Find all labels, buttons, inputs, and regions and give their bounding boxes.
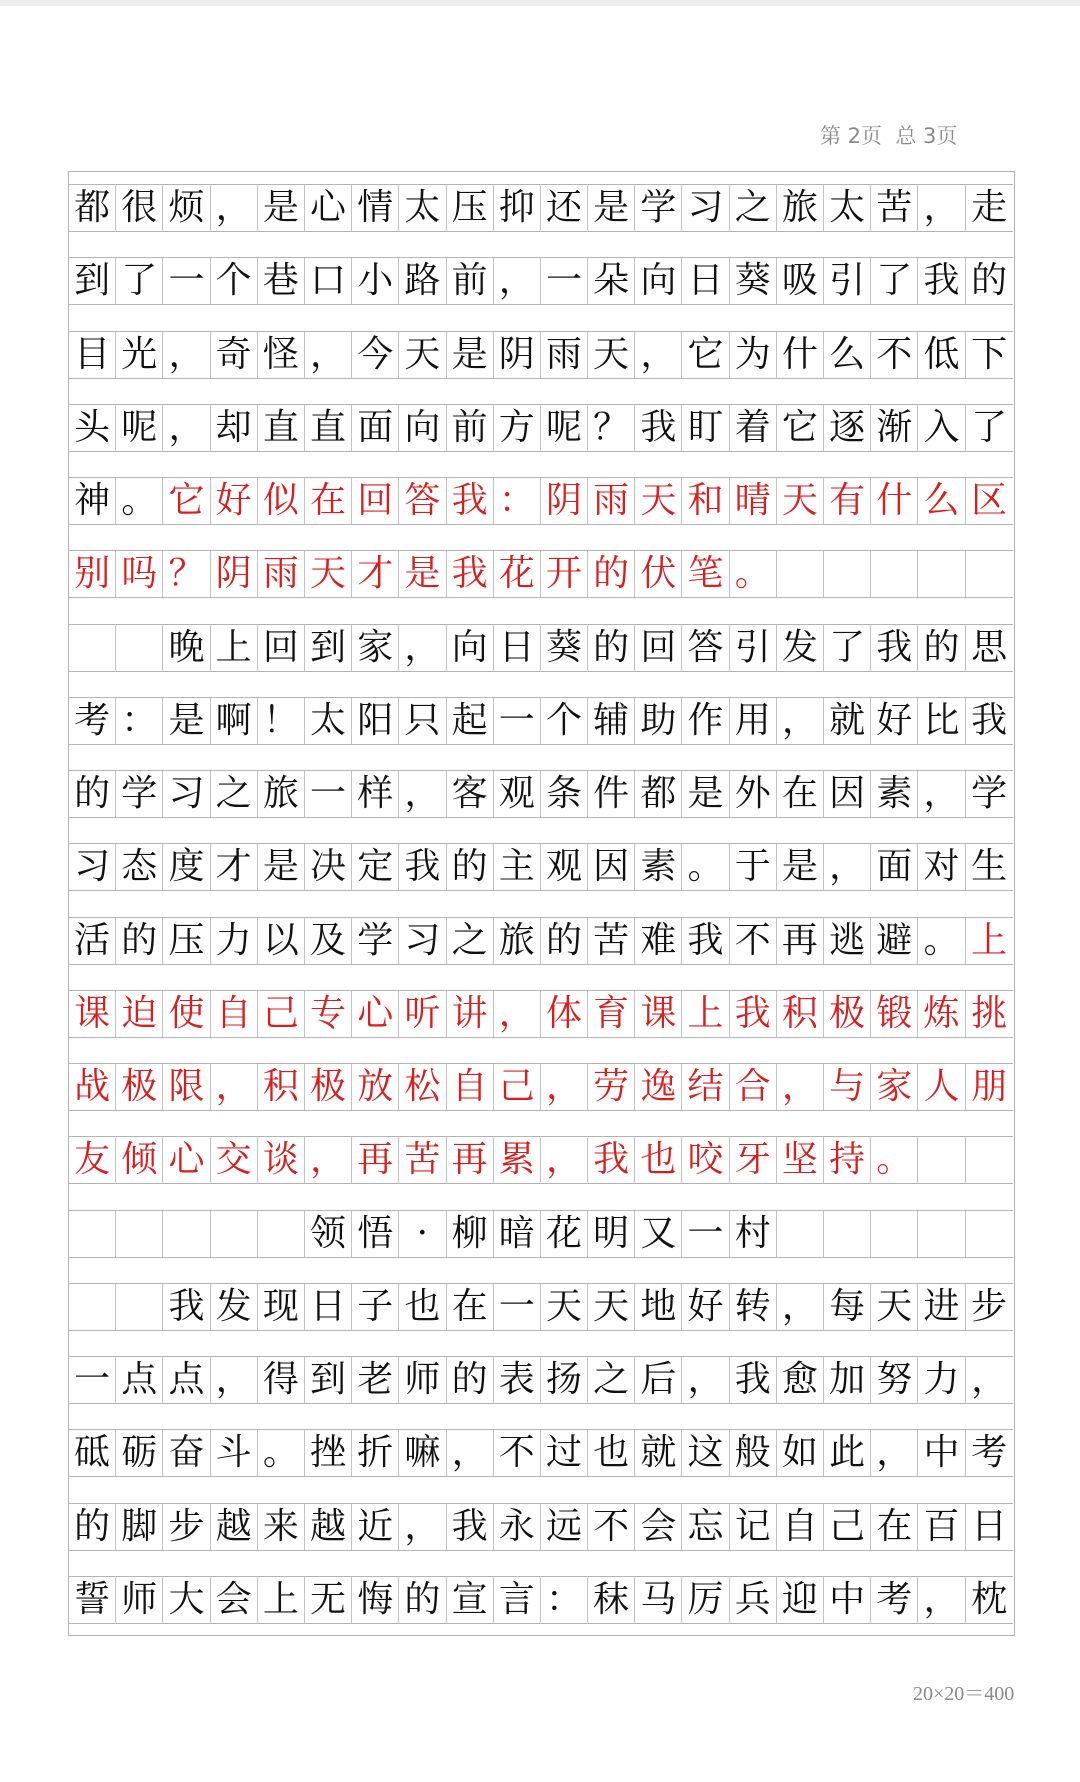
grid-cell: 都: [635, 771, 682, 817]
grid-cell: 压: [163, 918, 210, 964]
grid-cell: 上: [966, 918, 1013, 964]
grid-cell: 啊: [211, 698, 258, 744]
grid-cell: 锻: [871, 991, 918, 1037]
grid-cell: ，: [824, 844, 871, 890]
grid-cell: 战: [69, 1064, 116, 1110]
grid-cell: 放: [352, 1064, 399, 1110]
grid-cell: ，: [871, 1430, 918, 1476]
grid-cell: 老: [352, 1357, 399, 1403]
grid-cell: 是: [399, 551, 446, 597]
grid-cell: 旅: [777, 185, 824, 231]
grid-cell: 倾: [116, 1137, 163, 1183]
grid-cell: 观: [541, 844, 588, 890]
grid-cell: 暗: [494, 1211, 541, 1257]
grid-cell: [966, 1137, 1013, 1183]
grid-cell: 是: [258, 185, 305, 231]
grid-cell: 迫: [116, 991, 163, 1037]
grid-cell: 条: [541, 771, 588, 817]
grid-cell: ，: [211, 1357, 258, 1403]
grid-cell: 旅: [494, 918, 541, 964]
grid-cell: 辅: [588, 698, 635, 744]
grid-cell: 点: [116, 1357, 163, 1403]
grid-cell: 生: [966, 844, 1013, 890]
grid-row: 别吗？阴雨天才是我花开的伏笔。: [69, 550, 1013, 598]
grid-cell: 前: [447, 405, 494, 451]
grid-cell: 之: [447, 918, 494, 964]
grid-cell: 的: [116, 918, 163, 964]
grid-cell: 一: [494, 1284, 541, 1330]
grid-cell: 无: [305, 1577, 352, 1623]
grid-cell: ：: [541, 1577, 588, 1623]
grid-cell: 助: [635, 698, 682, 744]
grid-cell: ，: [211, 185, 258, 231]
grid-cell: 都: [69, 185, 116, 231]
grid-cell: 天: [541, 1284, 588, 1330]
grid-cell: 思: [966, 625, 1013, 671]
grid-cell: 我: [730, 1357, 777, 1403]
grid-cell: 我: [730, 991, 777, 1037]
grid-cell: ，: [399, 771, 446, 817]
grid-cell: 的: [588, 551, 635, 597]
grid-cell: 什: [777, 332, 824, 378]
grid-cell: 和: [682, 478, 729, 524]
grid-cell: 一: [541, 258, 588, 304]
grid-cell: 领: [305, 1211, 352, 1257]
grid-cell: 阴: [541, 478, 588, 524]
grid-cell: ，: [211, 1064, 258, 1110]
grid-cell: 答: [682, 625, 729, 671]
grid-cell: 小: [352, 258, 399, 304]
grid-cell: 我: [682, 918, 729, 964]
grid-cell: 盯: [682, 405, 729, 451]
grid-cell: 己: [494, 1064, 541, 1110]
grid-cell: 比: [918, 698, 965, 744]
grid-cell: 是: [682, 771, 729, 817]
grid-cell: 。: [871, 1137, 918, 1183]
grid-cell: 雨: [588, 478, 635, 524]
grid-cell: 阴: [494, 332, 541, 378]
grid-cell: 坚: [777, 1137, 824, 1183]
grid-cell: 么: [824, 332, 871, 378]
grid-cell: 心: [163, 1137, 210, 1183]
top-status-strip: [0, 0, 1080, 6]
grid-cell: ，: [494, 258, 541, 304]
grid-cell: 阳: [352, 698, 399, 744]
grid-cell: 我: [635, 405, 682, 451]
grid-cell: 我: [447, 1504, 494, 1550]
grid-cell: 。: [682, 844, 729, 890]
grid-cell: 定: [352, 844, 399, 890]
grid-cell: 引: [824, 258, 871, 304]
grid-cell: 样: [352, 771, 399, 817]
grid-cell: 难: [635, 918, 682, 964]
grid-cell: 活: [69, 918, 116, 964]
grid-cell: 到: [69, 258, 116, 304]
grid-cell: 一: [494, 698, 541, 744]
grid-cell: 迎: [777, 1577, 824, 1623]
grid-cell: 太: [824, 185, 871, 231]
grid-cell: 及: [305, 918, 352, 964]
grid-cell: 面: [871, 844, 918, 890]
grid-cell: 逃: [824, 918, 871, 964]
grid-cell: 极: [116, 1064, 163, 1110]
grid-cell: 枕: [966, 1577, 1013, 1623]
grid-cell: 习: [399, 918, 446, 964]
grid-row: 我发现日子也在一天天地好转，每天进步: [69, 1283, 1013, 1331]
grid-cell: 家: [352, 625, 399, 671]
grid-cell: ，: [682, 1357, 729, 1403]
grid-cell: 我: [399, 844, 446, 890]
grid-cell: 牙: [730, 1137, 777, 1183]
composition-grid-paper: 都很烦，是心情太压抑还是学习之旅太苦，走到了一个巷口小路前，一朵向日葵吸引了我的…: [68, 171, 1015, 1636]
grid-cell: 奋: [163, 1430, 210, 1476]
grid-cell: [777, 551, 824, 597]
grid-cell: 自: [777, 1504, 824, 1550]
grid-cell: 我: [447, 551, 494, 597]
grid-cell: 向: [447, 625, 494, 671]
grid-cell: 口: [305, 258, 352, 304]
grid-cell: 我: [163, 1284, 210, 1330]
grid-cell: 不: [494, 1430, 541, 1476]
grid-cell: 不: [871, 332, 918, 378]
grid-cell: 对: [918, 844, 965, 890]
grid-cell: [116, 1284, 163, 1330]
grid-cell: 积: [258, 1064, 305, 1110]
grid-cell: 面: [352, 405, 399, 451]
grid-cell: 脚: [116, 1504, 163, 1550]
grid-cell: 的: [918, 625, 965, 671]
grid-cell: 是: [447, 332, 494, 378]
grid-count-label: 20×20＝400: [913, 1677, 1014, 1706]
grid-cell: 百: [918, 1504, 965, 1550]
grid-cell: [69, 625, 116, 671]
grid-cell: 在: [777, 771, 824, 817]
grid-cell: 苦: [871, 185, 918, 231]
grid-cell: 般: [730, 1430, 777, 1476]
grid-cell: 谈: [258, 1137, 305, 1183]
grid-cell: 太: [399, 185, 446, 231]
grid-cell: 太: [305, 698, 352, 744]
grid-cell: 挑: [966, 991, 1013, 1037]
grid-row: 誓师大会上无悔的宣言：秣马厉兵迎中考，枕: [69, 1576, 1013, 1624]
grid-cell: 很: [116, 185, 163, 231]
grid-cell: 吸: [777, 258, 824, 304]
grid-cell: 就: [824, 698, 871, 744]
grid-cell: 作: [682, 698, 729, 744]
grid-cell: ，: [399, 1504, 446, 1550]
grid-row: 晚上回到家，向日葵的回答引发了我的思: [69, 624, 1013, 672]
grid-cell: 表: [494, 1357, 541, 1403]
grid-cell: 持: [824, 1137, 871, 1183]
grid-cell: [163, 1211, 210, 1257]
grid-cell: 前: [447, 258, 494, 304]
grid-cell: 为: [730, 332, 777, 378]
grid-cell: 悔: [352, 1577, 399, 1623]
grid-cell: 抑: [494, 185, 541, 231]
grid-cell: 我: [588, 1137, 635, 1183]
grid-cell: 学: [635, 185, 682, 231]
grid-cell: 天: [588, 332, 635, 378]
grid-cell: 悟: [352, 1211, 399, 1257]
grid-cell: 步: [966, 1284, 1013, 1330]
grid-row: 一点点，得到老师的表扬之后，我愈加努力，: [69, 1356, 1013, 1404]
grid-cell: [966, 551, 1013, 597]
grid-cell: ，: [305, 332, 352, 378]
grid-cell: ，: [305, 1137, 352, 1183]
grid-cell: 记: [730, 1504, 777, 1550]
grid-cell: 向: [399, 405, 446, 451]
grid-cell: 头: [69, 405, 116, 451]
grid-cell: 课: [69, 991, 116, 1037]
grid-cell: 区: [966, 478, 1013, 524]
grid-cell: 秣: [588, 1577, 635, 1623]
grid-cell: 什: [871, 478, 918, 524]
grid-cell: 转: [730, 1284, 777, 1330]
grid-cell: 越: [211, 1504, 258, 1550]
grid-cell: 好: [682, 1284, 729, 1330]
grid-cell: 力: [918, 1357, 965, 1403]
grid-cell: 雨: [541, 332, 588, 378]
grid-cell: 天: [305, 551, 352, 597]
grid-cell: 师: [399, 1357, 446, 1403]
grid-row: 头呢，却直直面向前方呢？我盯着它逐渐入了: [69, 404, 1013, 452]
grid-cell: 越: [305, 1504, 352, 1550]
grid-cell: 一: [682, 1211, 729, 1257]
grid-cell: 永: [494, 1504, 541, 1550]
grid-cell: 会: [635, 1504, 682, 1550]
grid-row: 砥砺奋斗。挫折嘛，不过也就这般如此，中考: [69, 1429, 1013, 1477]
grid-cell: 我: [918, 258, 965, 304]
grid-cell: 了: [116, 258, 163, 304]
grid-cell: 了: [966, 405, 1013, 451]
grid-cell: 答: [399, 478, 446, 524]
grid-cell: 进: [918, 1284, 965, 1330]
grid-cell: 下: [966, 332, 1013, 378]
grid-cell: 旅: [258, 771, 305, 817]
grid-cell: 花: [541, 1211, 588, 1257]
grid-cell: 巷: [258, 258, 305, 304]
grid-cell: 回: [635, 625, 682, 671]
grid-cell: 度: [163, 844, 210, 890]
grid-cell: 学: [352, 918, 399, 964]
grid-cell: 回: [352, 478, 399, 524]
grid-row: 战极限，积极放松自己，劳逸结合，与家人朋: [69, 1063, 1013, 1111]
grid-row: 习态度才是决定我的主观因素。于是，面对生: [69, 843, 1013, 891]
grid-cell: 中: [918, 1430, 965, 1476]
grid-cell: [211, 1211, 258, 1257]
grid-cell: 心: [352, 991, 399, 1037]
grid-cell: 晴: [730, 478, 777, 524]
grid-cell: 自: [447, 1064, 494, 1110]
grid-cell: ，: [918, 185, 965, 231]
grid-cell: ，: [635, 332, 682, 378]
grid-cell: ，: [399, 625, 446, 671]
grid-cell: ，: [777, 1064, 824, 1110]
grid-cell: 。: [116, 478, 163, 524]
grid-cell: 师: [116, 1577, 163, 1623]
grid-cell: 的: [588, 625, 635, 671]
grid-cell: [69, 1211, 116, 1257]
grid-cell: ，: [447, 1430, 494, 1476]
grid-cell: [69, 1284, 116, 1330]
grid-cell: 于: [730, 844, 777, 890]
grid-cell: 育: [588, 991, 635, 1037]
grid-cell: 了: [871, 258, 918, 304]
grid-row: 的脚步越来越近，我永远不会忘记自己在百日: [69, 1503, 1013, 1551]
grid-row: 到了一个巷口小路前，一朵向日葵吸引了我的: [69, 257, 1013, 305]
grid-cell: 光: [116, 332, 163, 378]
grid-cell: 态: [116, 844, 163, 890]
grid-cell: 也: [588, 1430, 635, 1476]
grid-cell: 外: [730, 771, 777, 817]
grid-cell: 子: [352, 1284, 399, 1330]
grid-cell: 考: [871, 1577, 918, 1623]
grid-cell: 压: [447, 185, 494, 231]
grid-cell: 忘: [682, 1504, 729, 1550]
grid-cell: ，: [494, 991, 541, 1037]
grid-cell: 柳: [447, 1211, 494, 1257]
grid-cell: 家: [871, 1064, 918, 1110]
grid-cell: 伏: [635, 551, 682, 597]
grid-cell: 明: [588, 1211, 635, 1257]
grid-cell: 在: [871, 1504, 918, 1550]
grid-cell: 积: [777, 991, 824, 1037]
grid-cell: 好: [211, 478, 258, 524]
grid-cell: 友: [69, 1137, 116, 1183]
grid-cell: 松: [399, 1064, 446, 1110]
grid-cell: 的: [69, 771, 116, 817]
grid-cell: 天: [871, 1284, 918, 1330]
grid-cell: 着: [730, 405, 777, 451]
grid-cell: 观: [494, 771, 541, 817]
grid-cell: 习: [163, 771, 210, 817]
grid-cell: 是: [163, 698, 210, 744]
grid-cell: 地: [635, 1284, 682, 1330]
grid-cell: 结: [682, 1064, 729, 1110]
grid-cell: 我: [871, 625, 918, 671]
grid-cell: 如: [777, 1430, 824, 1476]
grid-cell: ，: [777, 698, 824, 744]
grid-cell: 逐: [824, 405, 871, 451]
grid-cell: 就: [635, 1430, 682, 1476]
grid-cell: 入: [918, 405, 965, 451]
grid-cell: 每: [824, 1284, 871, 1330]
grid-cell: 葵: [541, 625, 588, 671]
grid-cell: 主: [494, 844, 541, 890]
grid-cell: 个: [541, 698, 588, 744]
grid-cell: 怪: [258, 332, 305, 378]
grid-cell: 考: [966, 1430, 1013, 1476]
grid-cell: 。: [918, 918, 965, 964]
grid-cell: ？: [163, 551, 210, 597]
grid-cell: 己: [258, 991, 305, 1037]
grid-cell: 我: [447, 478, 494, 524]
grid-cell: 学: [116, 771, 163, 817]
grid-cell: 折: [352, 1430, 399, 1476]
grid-cell: [966, 1211, 1013, 1257]
grid-cell: 与: [824, 1064, 871, 1110]
grid-cell: [824, 551, 871, 597]
grid-cell: 劳: [588, 1064, 635, 1110]
grid-cell: 的: [966, 258, 1013, 304]
grid-cell: 在: [305, 478, 352, 524]
grid-cell: 朋: [966, 1064, 1013, 1110]
grid-cell: 考: [69, 698, 116, 744]
grid-cell: 咬: [682, 1137, 729, 1183]
grid-cell: 一: [305, 771, 352, 817]
grid-cell: [918, 551, 965, 597]
grid-cell: 一: [163, 258, 210, 304]
grid-cell: 一: [69, 1357, 116, 1403]
grid-cell: 得: [258, 1357, 305, 1403]
grid-cell: 讲: [447, 991, 494, 1037]
grid-cell: 方: [494, 405, 541, 451]
grid-cell: 到: [305, 1357, 352, 1403]
grid-row: 领悟·柳暗花明又一村: [69, 1210, 1013, 1258]
grid-cell: 渐: [871, 405, 918, 451]
grid-cell: ！: [258, 698, 305, 744]
grid-cell: 上: [258, 1577, 305, 1623]
grid-cell: 听: [399, 991, 446, 1037]
grid-cell: 苦: [399, 1137, 446, 1183]
grid-cell: 的: [399, 1577, 446, 1623]
grid-cell: 使: [163, 991, 210, 1037]
grid-cell: 加: [824, 1357, 871, 1403]
grid-cell: 扬: [541, 1357, 588, 1403]
grid-cell: 心: [305, 185, 352, 231]
grid-cell: 砥: [69, 1430, 116, 1476]
grid-cell: ，: [163, 332, 210, 378]
grid-cell: 苦: [588, 918, 635, 964]
grid-cell: 回: [258, 625, 305, 671]
grid-cell: 客: [447, 771, 494, 817]
grid-cell: 再: [352, 1137, 399, 1183]
grid-cell: 以: [258, 918, 305, 964]
grid-cell: 日: [494, 625, 541, 671]
grid-cell: 好: [871, 698, 918, 744]
grid-row: 考：是啊！太阳只起一个辅助作用，就好比我: [69, 697, 1013, 745]
grid-cell: 用: [730, 698, 777, 744]
grid-cell: 花: [494, 551, 541, 597]
grid-cell: 阴: [211, 551, 258, 597]
grid-cell: 在: [447, 1284, 494, 1330]
grid-cell: [116, 625, 163, 671]
grid-cell: 有: [824, 478, 871, 524]
grid-cell: 会: [211, 1577, 258, 1623]
grid-cell: ，: [966, 1357, 1013, 1403]
grid-cell: 低: [918, 332, 965, 378]
grid-cell: 合: [730, 1064, 777, 1110]
grid-cell: 累: [494, 1137, 541, 1183]
grid-cell: 葵: [730, 258, 777, 304]
grid-cell: 雨: [258, 551, 305, 597]
grid-cell: 又: [635, 1211, 682, 1257]
grid-cell: 这: [682, 1430, 729, 1476]
grid-cell: 才: [211, 844, 258, 890]
grid-cell: 情: [352, 185, 399, 231]
grid-cell: 天: [399, 332, 446, 378]
grid-cell: 学: [966, 771, 1013, 817]
grid-cell: 砺: [116, 1430, 163, 1476]
grid-cell: [258, 1211, 305, 1257]
grid-cell: 似: [258, 478, 305, 524]
grid-cell: 之: [588, 1357, 635, 1403]
grid-cell: 它: [682, 332, 729, 378]
grid-cell: 点: [163, 1357, 210, 1403]
grid-cell: 村: [730, 1211, 777, 1257]
grid-cell: 上: [211, 625, 258, 671]
grid-cell: [116, 1211, 163, 1257]
